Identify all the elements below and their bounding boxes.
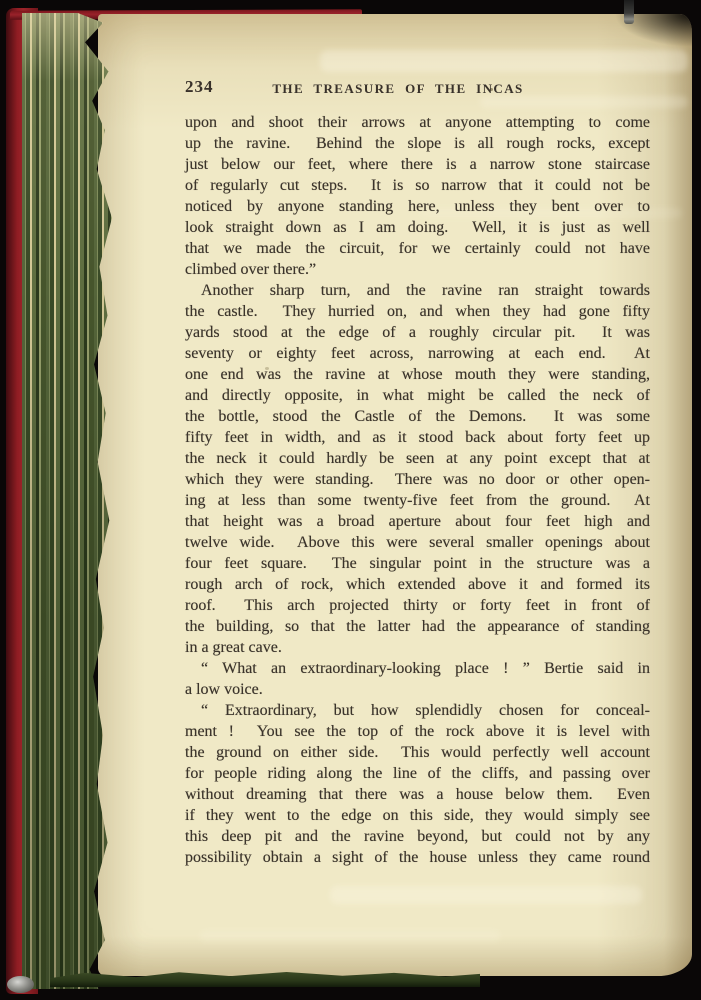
text-line: Another sharp turn, and the ravine ran s… — [185, 280, 650, 301]
text-line: the ground on either side. This would pe… — [185, 742, 650, 763]
text-line: roof. This arch projected thirty or fort… — [185, 595, 650, 616]
text-line: for people riding along the line of the … — [185, 763, 650, 784]
text-line: upon and shoot their arrows at anyone at… — [185, 112, 650, 133]
text-line: the bottle, stood the Castle of the Demo… — [185, 406, 650, 427]
text-line: climbed over there.” — [185, 259, 650, 280]
text-line: that height was a broad aperture about f… — [185, 511, 650, 532]
text-line: the building, so that the latter had the… — [185, 616, 650, 637]
page-edges-stack — [22, 13, 112, 989]
text-line: one end was the ravine at whose mouth th… — [185, 364, 650, 385]
text-line: the neck it could hardly be seen at any … — [185, 448, 650, 469]
metal-clip — [624, 0, 634, 24]
text-line: twelve wide. Above this were several sma… — [185, 532, 650, 553]
text-line: possibility obtain a sight of the house … — [185, 847, 650, 868]
text-line: noticed by anyone standing here, unless … — [185, 196, 650, 217]
text-line: of regularly cut steps. It is so narrow … — [185, 175, 650, 196]
running-header: THE TREASURE OF THE INCAS — [188, 81, 608, 97]
text-line: without dreaming that there was a house … — [185, 784, 650, 805]
paragraph: upon and shoot their arrows at anyone at… — [185, 112, 650, 280]
text-line: this deep pit and the ravine beyond, but… — [185, 826, 650, 847]
text-line: and directly opposite, in what might be … — [185, 385, 650, 406]
light-streak — [480, 96, 688, 108]
text-line: ing at less than some twenty-five feet f… — [185, 490, 650, 511]
paragraph: “ Extraordinary, but how splendidly chos… — [185, 700, 650, 868]
text-line: in a great cave. — [185, 637, 650, 658]
text-line: ment ! You see the top of the rock above… — [185, 721, 650, 742]
text-line: up the ravine. Behind the slope is all r… — [185, 133, 650, 154]
light-streak — [320, 50, 688, 72]
light-streak — [200, 930, 500, 942]
text-line: if they went to the edge on this side, t… — [185, 805, 650, 826]
paragraph: Another sharp turn, and the ravine ran s… — [185, 280, 650, 658]
text-line: yards stood at the edge of a roughly cir… — [185, 322, 650, 343]
text-line: seventy or eighty feet across, narrowing… — [185, 343, 650, 364]
metal-knob — [7, 976, 34, 993]
text-line: a low voice. — [185, 679, 650, 700]
paragraph: “ What an extraordinary-looking place ! … — [185, 658, 650, 700]
text-line: rough arch of rock, which extended above… — [185, 574, 650, 595]
light-streak — [330, 886, 642, 904]
text-line: four feet square. The singular point in … — [185, 553, 650, 574]
text-block: upon and shoot their arrows at anyone at… — [185, 112, 650, 868]
text-line: “ Extraordinary, but how splendidly chos… — [185, 700, 650, 721]
text-line: “ What an extraordinary-looking place ! … — [185, 658, 650, 679]
book-scan-photo: { "page": { "number": "234", "header": "… — [0, 0, 701, 1000]
text-line: which they were standing. There was no d… — [185, 469, 650, 490]
text-line: look straight down as I am doing. Well, … — [185, 217, 650, 238]
text-line: fifty feet in width, and as it stood bac… — [185, 427, 650, 448]
book-page: 234 THE TREASURE OF THE INCAS upon and s… — [98, 14, 692, 976]
text-line: the castle. They hurried on, and when th… — [185, 301, 650, 322]
text-line: that we made the circuit, for we certain… — [185, 238, 650, 259]
text-line: just below our feet, where there is a na… — [185, 154, 650, 175]
